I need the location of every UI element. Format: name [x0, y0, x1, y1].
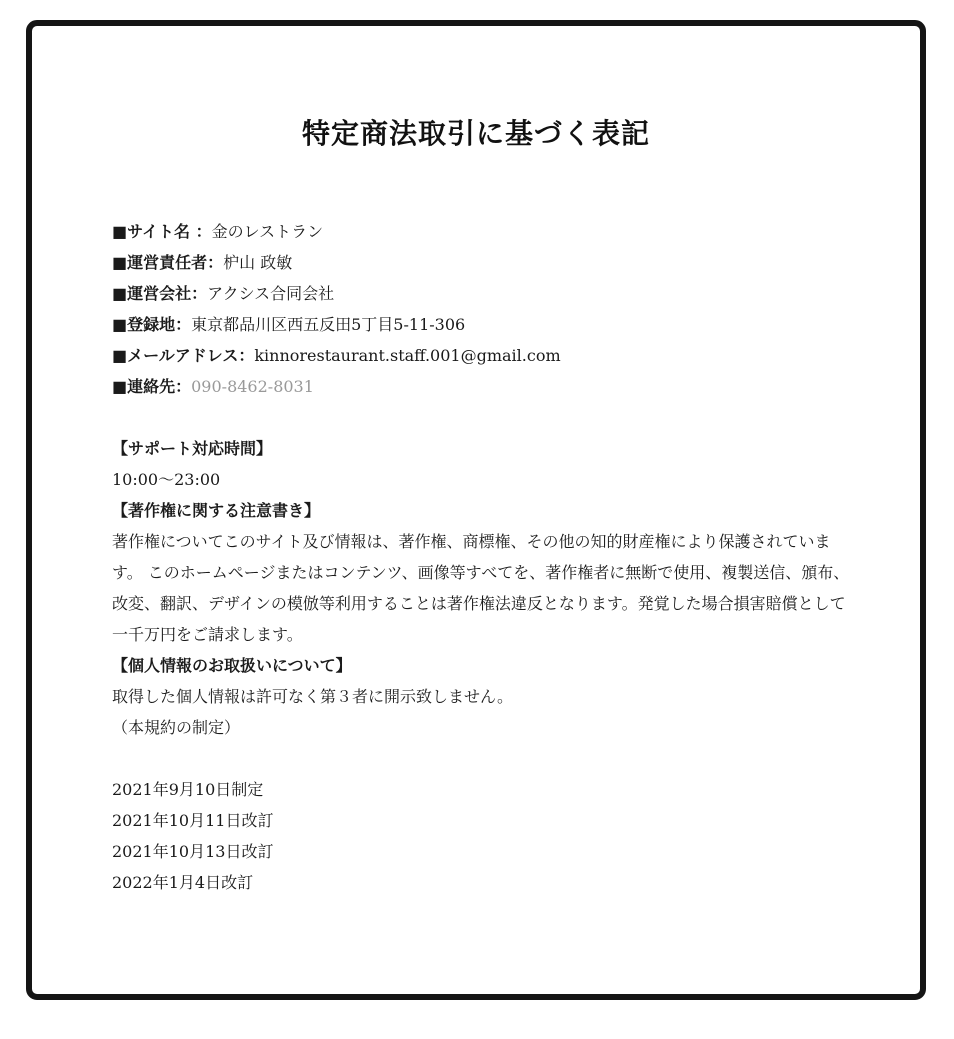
- support-hours: 10:00〜23:00: [112, 464, 852, 495]
- manager-label: ■運営責任者：: [112, 253, 223, 272]
- site-name-label: ■サイト名 ：: [112, 222, 212, 241]
- history-item: 2021年10月13日改訂: [112, 836, 852, 867]
- page-title: 特定商法取引に基づく表記: [32, 112, 920, 152]
- privacy-body: 取得した個人情報は許可なく第３者に開示致しません。: [112, 681, 852, 712]
- spacer: [112, 743, 852, 774]
- company-label: ■運営会社：: [112, 284, 207, 303]
- address-value: 東京都品川区西五反田5丁目5-11-306: [191, 315, 465, 334]
- address-row: ■登録地：東京都品川区西五反田5丁目5-11-306: [112, 309, 852, 340]
- phone-row: ■連絡先：090-8462-8031: [112, 371, 852, 402]
- manager-value: 枦山 政敏: [223, 253, 292, 272]
- manager-row: ■運営責任者：枦山 政敏: [112, 247, 852, 278]
- history-item: 2021年9月10日制定: [112, 774, 852, 805]
- company-value: アクシス合同会社: [207, 284, 334, 303]
- copyright-heading: 【著作権に関する注意書き】: [112, 495, 852, 526]
- privacy-note: （本規約の制定）: [112, 712, 852, 743]
- history-item: 2021年10月11日改訂: [112, 805, 852, 836]
- phone-label: ■連絡先：: [112, 377, 191, 396]
- email-value[interactable]: kinnorestaurant.staff.001@gmail.com: [254, 346, 560, 365]
- site-name-value: 金のレストラン: [212, 222, 324, 241]
- document-content: ■サイト名 ：金のレストラン ■運営責任者：枦山 政敏 ■運営会社：アクシス合同…: [112, 216, 852, 898]
- history-item: 2022年1月4日改訂: [112, 867, 852, 898]
- spacer: [112, 402, 852, 433]
- support-heading: 【サポート対応時間】: [112, 433, 852, 464]
- phone-value[interactable]: 090-8462-8031: [191, 377, 314, 396]
- email-row: ■メールアドレス：kinnorestaurant.staff.001@gmail…: [112, 340, 852, 371]
- document-frame: 特定商法取引に基づく表記 ■サイト名 ：金のレストラン ■運営責任者：枦山 政敏…: [26, 20, 926, 1000]
- email-label: ■メールアドレス：: [112, 346, 254, 365]
- site-name-row: ■サイト名 ：金のレストラン: [112, 216, 852, 247]
- address-label: ■登録地：: [112, 315, 191, 334]
- privacy-heading: 【個人情報のお取扱いについて】: [112, 650, 852, 681]
- copyright-body: 著作権についてこのサイト及び情報は、著作権、商標権、その他の知的財産権により保護…: [112, 526, 852, 650]
- company-row: ■運営会社：アクシス合同会社: [112, 278, 852, 309]
